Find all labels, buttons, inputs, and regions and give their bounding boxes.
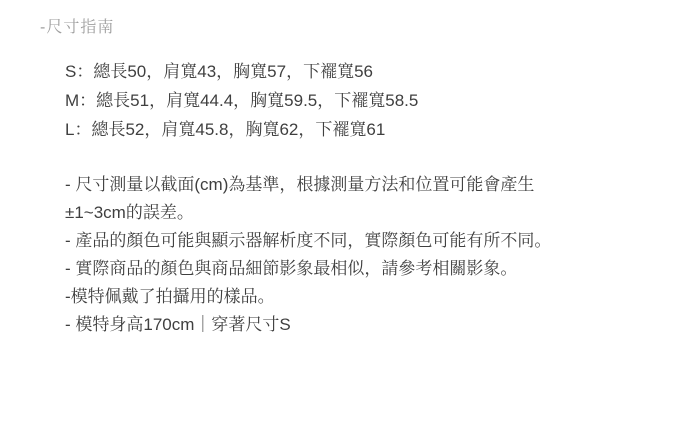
- notes-list: - 尺寸測量以截面(cm)為基準，根據測量方法和位置可能會產生±1~3cm的誤差…: [65, 171, 581, 339]
- size-list: S：總長50，肩寬43，胸寬57，下襬寬56 M：總長51，肩寬44.4，胸寬5…: [65, 57, 581, 144]
- note-sample-item: -模特佩戴了拍攝用的樣品。: [65, 283, 581, 311]
- size-row-s: S：總長50，肩寬43，胸寬57，下襬寬56: [65, 57, 581, 86]
- note-display-color: - 產品的顏色可能與顯示器解析度不同，實際顏色可能有所不同。: [65, 227, 581, 255]
- note-detail-images: - 實際商品的顏色與商品細節影象最相似，請參考相關影象。: [65, 255, 581, 283]
- size-row-l: L：總長52，肩寬45.8，胸寬62，下襬寬61: [65, 115, 581, 144]
- note-model-info: - 模特身高170cm｜穿著尺寸S: [65, 311, 581, 339]
- size-guide-content: S：總長50，肩寬43，胸寬57，下襬寬56 M：總長51，肩寬44.4，胸寬5…: [65, 57, 581, 339]
- note-measurement-tolerance: - 尺寸測量以截面(cm)為基準，根據測量方法和位置可能會產生±1~3cm的誤差…: [65, 171, 581, 227]
- size-guide-section-title[interactable]: -尺寸指南: [40, 17, 114, 39]
- size-row-m: M：總長51，肩寬44.4，胸寬59.5，下襬寬58.5: [65, 86, 581, 115]
